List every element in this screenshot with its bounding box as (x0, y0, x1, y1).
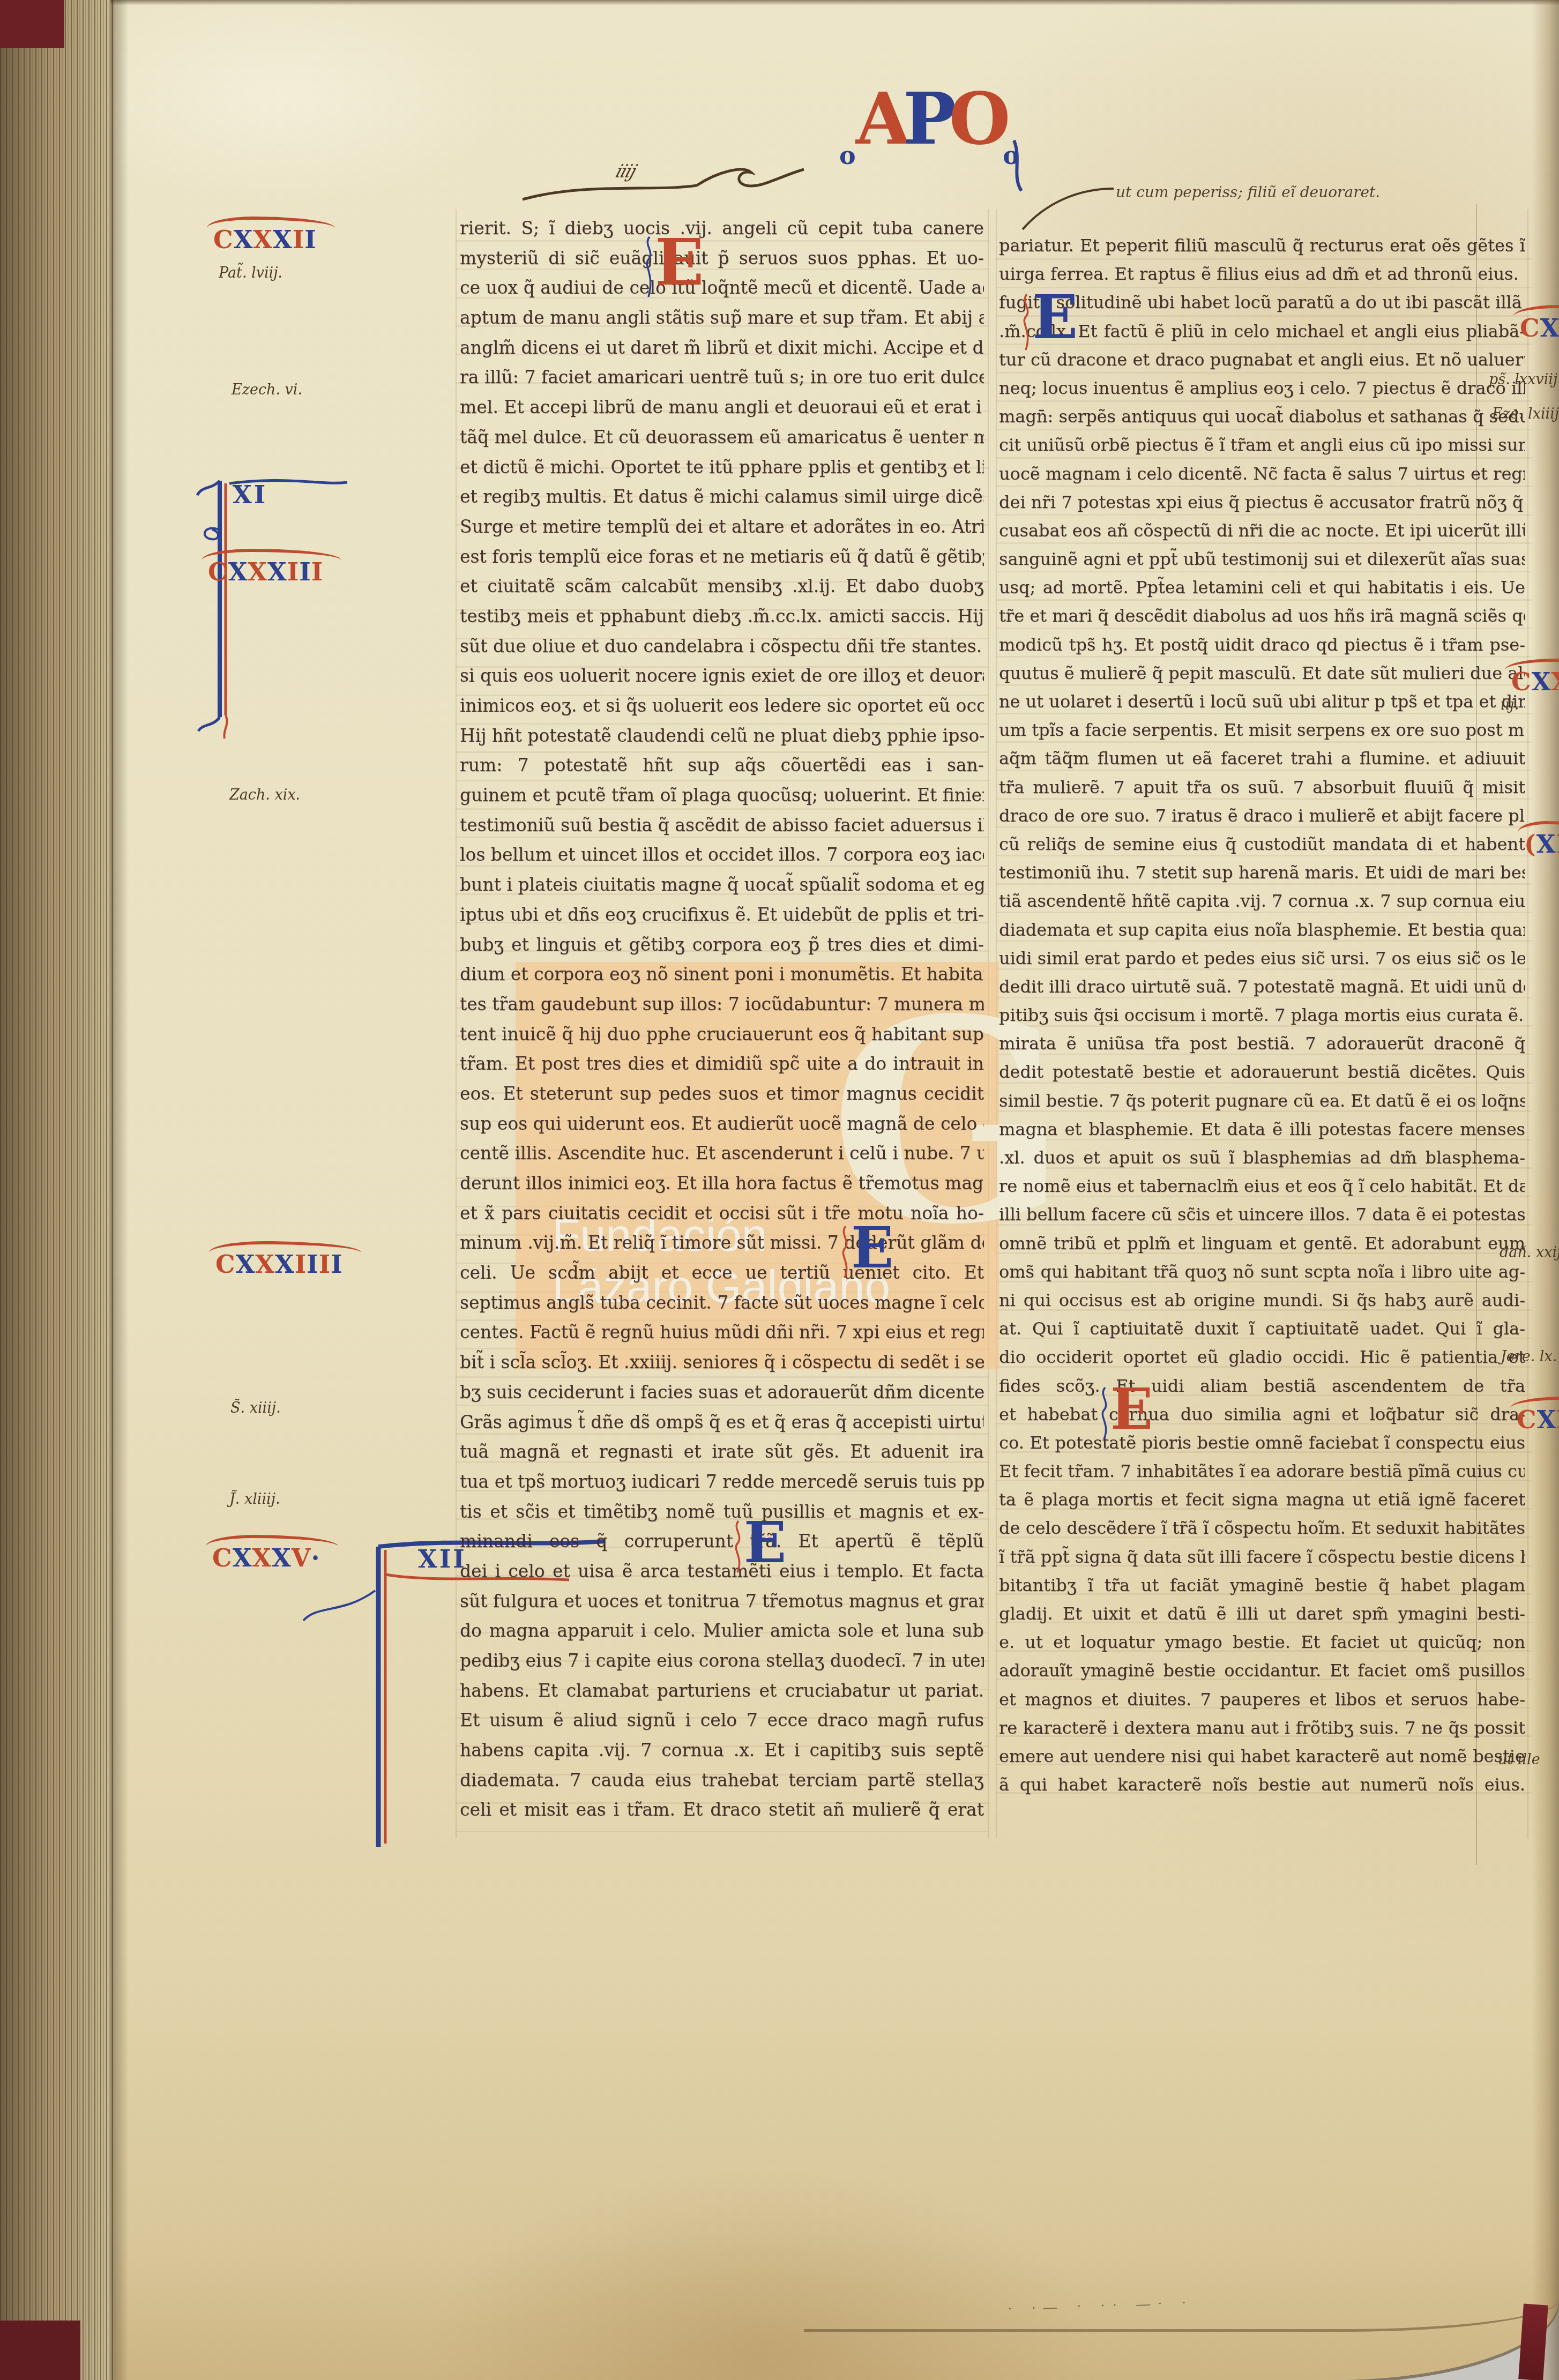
text-line: derunt illos inimici eoʒ. Et illa hora f… (460, 1168, 984, 1198)
margin-note: Pat̃. lviij. (219, 265, 282, 281)
text-line: sũt due oliue et duo candelabra i cõspec… (460, 631, 984, 661)
text-line: rum: 7 potestatẽ hñt sup aq̃s cõuertẽdi … (460, 750, 984, 780)
text-line: et x̃ pars ciuitatis cecidit et occisi s… (460, 1198, 984, 1228)
text-line: Et fecit tr̃am. 7 inhabitãtes ĩ ea adora… (999, 1457, 1525, 1486)
column-1-text: rierit. S; ĩ diebʒ uocis .vij. angeli cũ… (460, 213, 984, 1832)
text-line: centes. Factũ ẽ regnũ huius mũdi dñi nr̃… (460, 1317, 984, 1347)
text-line: simil bestie. 7 q̃s poterit pugnare cũ e… (999, 1087, 1525, 1115)
margin-note: Ezech. vi. (232, 382, 302, 398)
margin-note: ut ille (1498, 1751, 1540, 1768)
text-line: et dictũ ẽ michi. Oportet te itũ pphare … (460, 452, 984, 482)
text-line: ne ut uolaret i desertũ i locũ suũ ubi a… (999, 688, 1525, 716)
text-line: re nomẽ eius et tabernaclm̃ eius et eos … (999, 1172, 1525, 1200)
text-line: pitibʒ suis q̃si occisum i mortẽ. 7 plag… (999, 1001, 1525, 1029)
decorated-initial: E (655, 234, 704, 292)
text-line: mysteriũ di sic̃ euãglizauit p̃ seruos s… (460, 243, 984, 273)
decorated-initial: E (1110, 1384, 1153, 1435)
margin-note: Jere. lx. (1501, 1348, 1557, 1365)
text-line: eos. Et steterunt sup pedes suos et timo… (460, 1079, 984, 1109)
decorated-initial: E (744, 1518, 786, 1568)
text-line: bubʒ et linguis et gẽtibʒ corpora eoʒ p̃… (460, 930, 984, 960)
text-line: cusabat eos añ cõspectũ di nr̃i die ac n… (999, 517, 1525, 545)
text-line: co. Et potestatẽ pioris bestie omnẽ faci… (999, 1429, 1525, 1457)
margin-chapter-number: (XII (1524, 830, 1559, 859)
text-line: bitantibʒ ĩ tr̃a ut faciãt ymaginẽ besti… (999, 1571, 1525, 1600)
text-line: Hij hñt potestatẽ claudendi celũ ne plua… (460, 721, 984, 751)
text-line: uidi simil erat pardo et pedes eius sic̃… (999, 944, 1525, 973)
text-line: gladij. Et uixit et datũ ẽ illi ut daret… (999, 1600, 1525, 1628)
text-line: oms̃ qui habitant tr̃ã quoʒ nõ sunt scpt… (999, 1258, 1525, 1286)
text-line: cit uniũsũ orbẽ piectus ẽ ĩ tr̃am et ang… (999, 431, 1525, 459)
text-line: diademata et sup capita eius noĩa blasph… (999, 916, 1525, 944)
text-line: guinem et pcutẽ tr̃am oĩ plaga quocũsq; … (460, 780, 984, 810)
text-line: et ciuitatẽ scãm calcabũt mensibʒ .xl.ij… (460, 571, 984, 601)
text-line: draco de ore suo. 7 iratus ẽ draco i mul… (999, 802, 1525, 830)
text-line: re karacterẽ i dextera manu aut i frõtib… (999, 1714, 1525, 1742)
interlinear-correction: ut cum peperiss; filiũ eĩ deuoraret. (1116, 183, 1380, 201)
text-line: tuã magnã et regnasti et irate sũt gẽs. … (460, 1437, 984, 1467)
margin-note: dañ. xxij. 7 (1500, 1244, 1559, 1261)
margin-note: S̃. xiiij. (230, 1400, 281, 1416)
text-line: illi bellum facere cũ sc̃is et uincere i… (999, 1200, 1525, 1229)
text-line: bʒ suis ceciderunt i facies suas et ador… (460, 1377, 984, 1407)
text-line: fides scõʒ. Et uidi aliam bestiã ascende… (999, 1372, 1525, 1400)
text-line: ĩ tr̃ã ppt̃ signa q̃ data sũt illi facer… (999, 1543, 1525, 1571)
text-line: dio occiderit oportet eũ gladio occidi. … (999, 1343, 1525, 1371)
text-line: ã qui habet karacterẽ noĩs bestie aut nu… (999, 1771, 1525, 1799)
text-line: anglm̃ dicens ei ut daret m̃ librũ et di… (460, 333, 984, 363)
margin-note: Eze. lxiiij. (1492, 406, 1559, 422)
text-line: iptus ubi et dñs eoʒ crucifixus ẽ. Et ui… (460, 900, 984, 930)
text-line: mirata ẽ uniũsa tr̃a post bestiã. 7 ador… (999, 1029, 1525, 1058)
text-line: de celo descẽdere ĩ tr̃ã ĩ cõspectu hoĩm… (999, 1514, 1525, 1542)
text-line: tua et tps̃ mortuoʒ iudicari 7 redde mer… (460, 1467, 984, 1497)
text-line: adorauĩt ymaginẽ bestie occidantur. Et f… (999, 1657, 1525, 1685)
text-line: et magnos et diuites. 7 pauperes et libo… (999, 1685, 1525, 1714)
text-line: uirga ferrea. Et raptus ẽ filius eius ad… (999, 260, 1525, 288)
margin-chapter-number: CXXXIIII (215, 1250, 343, 1279)
margin-note: Zach. xix. (229, 787, 300, 803)
margin-chapter-number: CXXXIII (208, 557, 323, 586)
text-line: tr̃e et mari q̃ descẽdit diabolus ad uos… (999, 602, 1525, 630)
text-line: ta ẽ plaga mortis et fecit signa magna u… (999, 1486, 1525, 1514)
text-line: tãq̃ mel dulce. Et cũ deuorassem eũ amar… (460, 422, 984, 452)
text-line: habens capita .vij. 7 cornua .x. Et i ca… (460, 1735, 984, 1765)
text-line: magn̄: serpẽs antiquus qui uocat̃ diabol… (999, 402, 1525, 431)
text-line: dedit illi draco uirtutẽ suã. 7 potestat… (999, 973, 1525, 1001)
text-line: tiã ascendentẽ hñtẽ capita .vij. 7 cornu… (999, 887, 1525, 915)
text-line: aq̃m tãq̃m flumen ut eã faceret trahi a … (999, 744, 1525, 773)
text-line: bunt i plateis ciuitatis magne q̃ uocat̃… (460, 870, 984, 900)
text-line: centẽ illis. Ascendite huc. Et ascenderu… (460, 1138, 984, 1168)
text-line: sũt fulgura et uoces et tonitrua 7 tr̃em… (460, 1586, 984, 1616)
text-line: emere aut uendere nisi qui habet karacte… (999, 1742, 1525, 1771)
text-line: los bellum et uincet illos et occidet il… (460, 840, 984, 870)
margin-chapter-number: XI (233, 480, 267, 509)
margin-note: ps̃. lxxviij. (1489, 371, 1559, 388)
text-line: tur cũ dracone et draco pugnabat et angl… (999, 346, 1525, 374)
text-line: dedit potestatẽ bestie et adorauerunt be… (999, 1058, 1525, 1086)
text-line: ni qui occisus est ab origine mundi. Si … (999, 1286, 1525, 1315)
text-line: aptum de manu angli stãtis sup̃ mare et … (460, 303, 984, 333)
text-line: testimoniũ suũ bestia q̃ ascẽdit de abis… (460, 810, 984, 840)
text-line: diademata. 7 cauda eius trahebat terciam… (460, 1765, 984, 1795)
text-line: minandi eos q̃ corruperunt tr̃ã. Et aper… (460, 1526, 984, 1556)
text-line: ra illũ: 7 faciet amaricari uentrẽ tuũ s… (460, 362, 984, 392)
text-line: dei nr̃i 7 potestas xpi eius q̃ piectus … (999, 488, 1525, 517)
margin-chapter-number: CXXXVII (1517, 1405, 1559, 1434)
margin-note: iij. (1501, 697, 1519, 713)
text-line: sup eos qui uiderunt eos. Et audierũt uo… (460, 1109, 984, 1139)
text-line: Et uisum ẽ aliud signũ i celo 7 ecce dra… (460, 1705, 984, 1735)
manuscript-photo: G Fundación Lázaro Galdiano oAPOo iiij u… (0, 0, 1559, 2380)
text-line: celi et misit eas i tr̃am. Et draco stet… (460, 1795, 984, 1825)
text-line: si quis eos uoluerit nocere ignis exiet … (460, 661, 984, 691)
text-line: e. ut et loquatur ymago bestie. Et facie… (999, 1628, 1525, 1657)
text-line: um tpĩs a facie serpentis. Et misit serp… (999, 716, 1525, 744)
margin-chapter-number: CXXXV (1520, 314, 1559, 342)
text-line: cũ reliq̃s de semine eius q̃ custodiũt m… (999, 830, 1525, 859)
margin-chapter-number: CXXXVI (1511, 667, 1559, 696)
text-line: omnẽ tribũ et pplm̃ et linguam et gentẽ.… (999, 1229, 1525, 1258)
text-line: neq; locus inuentus ẽ amplius eoʒ i celo… (999, 374, 1525, 402)
margin-chapter-number: CXXXII (213, 225, 317, 254)
text-line: usq; ad mortẽ. Ppt̃ea letamini celi et q… (999, 573, 1525, 602)
text-line: et regibʒ multis. Et datus ẽ michi calam… (460, 482, 984, 512)
text-line: et habebat cornua duo similia agni et lo… (999, 1400, 1525, 1429)
text-line: habens. Et clamabat parturiens et crucia… (460, 1676, 984, 1706)
margin-note: J̃. xliiij. (229, 1491, 280, 1508)
decorated-initial: E (851, 1223, 893, 1273)
text-line: tes tr̃am gaudebunt sup illos: 7 iocũdab… (460, 989, 984, 1019)
text-line: tent inuicẽ q̃ hij duo pphe cruciauerunt… (460, 1019, 984, 1049)
text-line: dium et corpora eoʒ nõ sinent poni i mon… (460, 959, 984, 989)
text-line: ce uox q̃ audiui de celo itũ loq̃ntẽ mec… (460, 273, 984, 303)
text-line: minum .vij.m̃. Et reliq̃ ĩ timore sũt mi… (460, 1228, 984, 1258)
text-line: do magna apparuit i celo. Mulier amicta … (460, 1616, 984, 1646)
text-line: septimus angls̃ tuba cecinit. 7 facte sũ… (460, 1288, 984, 1318)
text-line: tis et sc̃is et timẽtibʒ nomẽ tuũ pusill… (460, 1497, 984, 1527)
margin-chapter-number: CXXXV· (212, 1543, 320, 1572)
text-line: celi. Ue scd̃m abijt et ecce ue tertiũ u… (460, 1258, 984, 1288)
text-line: dei i celo et uisa ẽ arca testamẽti eius… (460, 1556, 984, 1586)
text-line: uocẽ magnam i celo dicentẽ. Nc̃ facta ẽ … (999, 460, 1525, 488)
text-line: mel. Et accepi librũ de manu angli et de… (460, 392, 984, 422)
text-line: testimoniũ ihu. 7 stetit sup harenã mari… (999, 859, 1525, 887)
text-line: Surge et metire templũ dei et altare et … (460, 512, 984, 542)
text-line: rierit. S; ĩ diebʒ uocis .vij. angeli cũ… (460, 213, 984, 243)
text-line: sanguinẽ agni et ppt̃ ubũ testimonij sui… (999, 545, 1525, 573)
decorated-initial: E (1032, 291, 1078, 345)
text-line: pariatur. Et peperit filiũ masculũ q̃ re… (999, 232, 1525, 260)
text-line: tr̃a mulierẽ. 7 apuit tr̃a os suũ. 7 abs… (999, 773, 1525, 802)
text-line: magna et blasphemie. Et data ẽ illi pote… (999, 1115, 1525, 1144)
text-line: testibʒ meis et pphabunt diebʒ .m̃.cc.lx… (460, 601, 984, 631)
text-line: tr̃am. Et post tres dies et dimidiũ spc̃… (460, 1049, 984, 1079)
text-line: modicũ tps̃ hʒ. Et postq̃ uidit draco qd… (999, 631, 1525, 659)
text-line: at. Qui ĩ captiuitatẽ duxit ĩ captiuitat… (999, 1315, 1525, 1343)
text-line: .xl. duos et apuit os suũ ĩ blasphemias … (999, 1144, 1525, 1172)
text-line: est foris templũ eice foras et ne metiar… (460, 542, 984, 572)
text-line: inimicos eoʒ. et si q̃s uoluerit eos led… (460, 691, 984, 721)
text-line: Grãs agimus t̃ dñe ds̃ omps̃ q̃ es et q̃… (460, 1407, 984, 1437)
margin-chapter-number: XII (418, 1545, 467, 1573)
column-2-text: pariatur. Et peperit filiũ masculũ q̃ re… (999, 232, 1525, 1804)
text-line: pedibʒ eius 7 i capite eius corona stell… (460, 1646, 984, 1676)
text-line: bit̃ i scl̃a scl̃oʒ. Et .xxiiij. seniore… (460, 1347, 984, 1377)
text-line: quutus ẽ mulierẽ q̃ pepit masculũ. Et da… (999, 659, 1525, 688)
